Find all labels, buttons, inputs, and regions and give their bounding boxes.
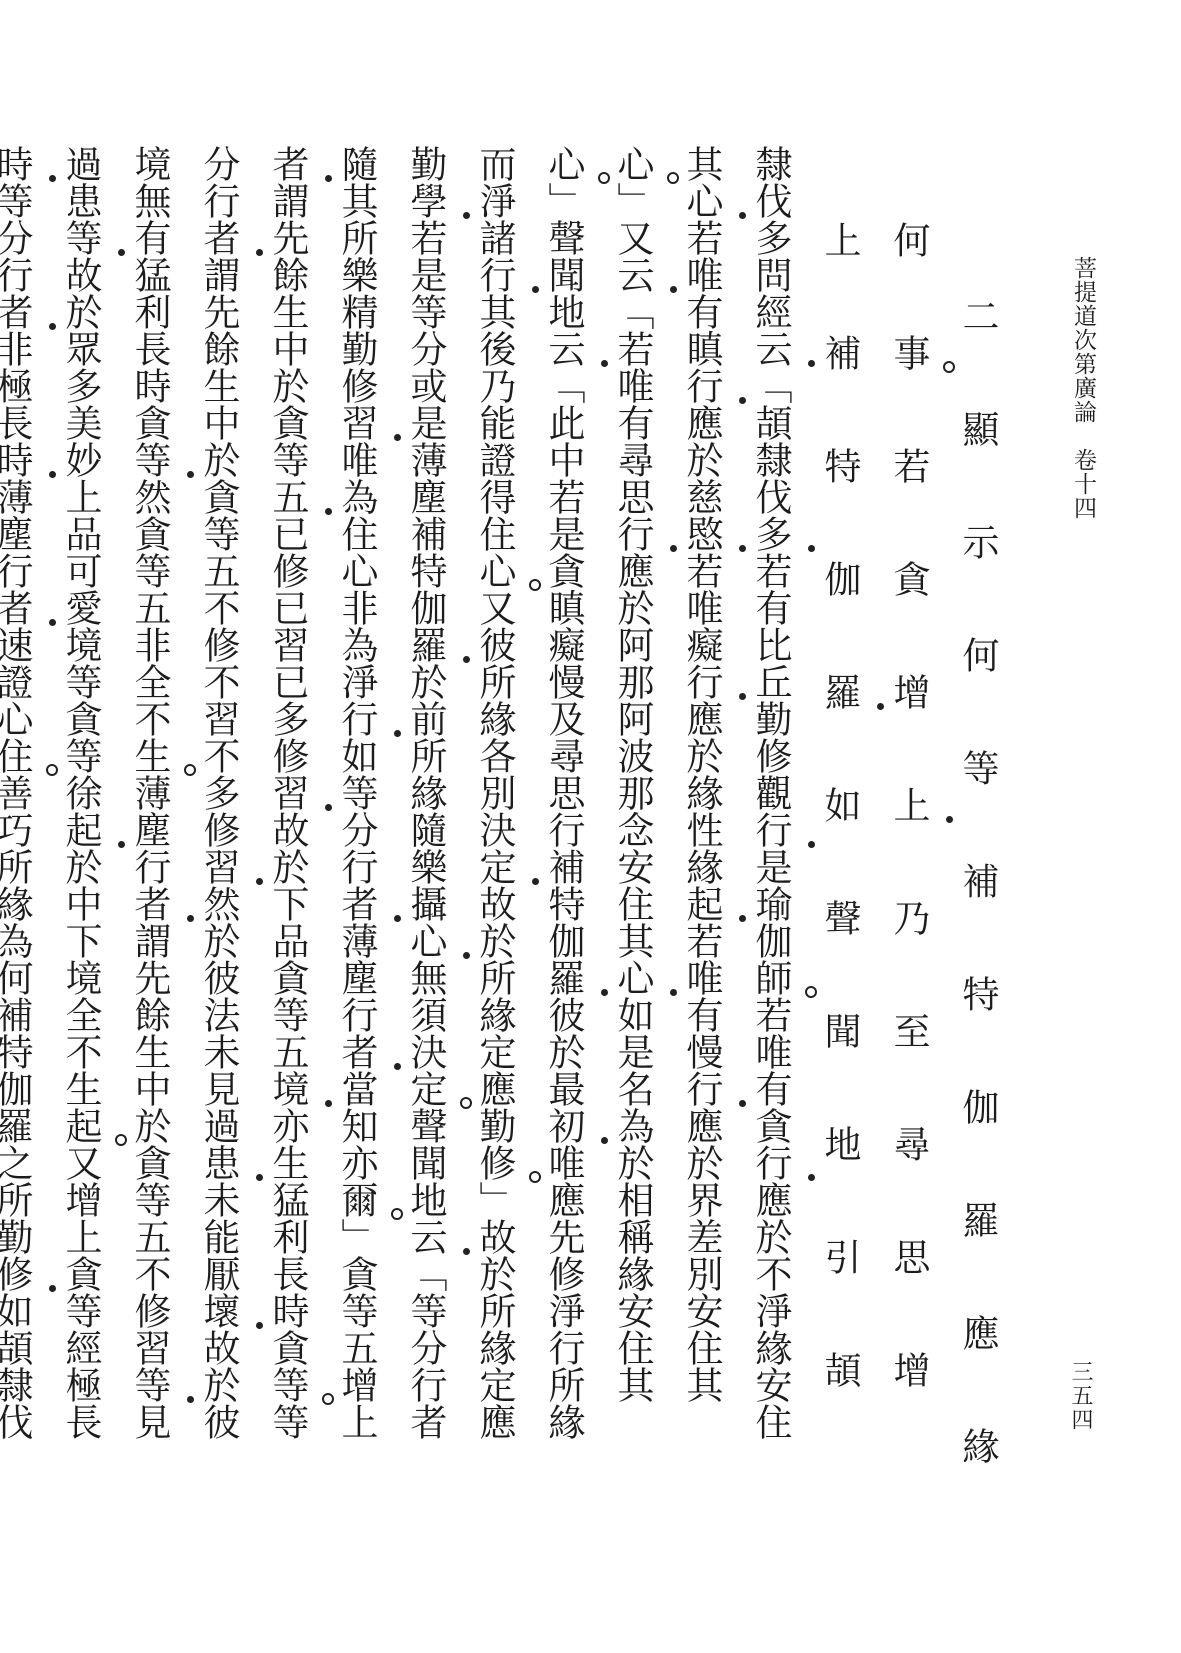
character: 定	[391, 1070, 459, 1107]
character: 云	[391, 1218, 459, 1255]
character: 者	[184, 219, 252, 256]
character: 地	[529, 293, 597, 330]
character: 境	[253, 1070, 321, 1107]
character: 分	[391, 330, 459, 367]
character: 等	[46, 219, 114, 256]
character: 安	[598, 848, 666, 885]
character: 等	[391, 1292, 459, 1329]
character: 緣	[391, 774, 459, 811]
character: 稱	[598, 1218, 666, 1255]
full-stop-mark	[460, 1097, 472, 1109]
character: 修	[529, 1255, 597, 1292]
character: 緣	[0, 885, 45, 922]
character: 等	[46, 663, 114, 700]
character: 「	[529, 367, 597, 404]
character: 於	[184, 441, 252, 478]
character: 行	[667, 367, 735, 404]
character: 時	[253, 1292, 321, 1329]
character: 又	[598, 219, 666, 256]
character: 補	[0, 996, 45, 1033]
character: 隨	[322, 145, 390, 182]
character: 患	[184, 1144, 252, 1181]
character: 攝	[391, 885, 459, 922]
character: 極	[46, 1366, 114, 1403]
character: 若	[736, 552, 804, 589]
character: 行	[667, 663, 735, 700]
pause-dot-mark	[670, 286, 677, 293]
character: 乃	[874, 823, 942, 936]
character: 示	[943, 447, 1011, 560]
pause-dot-mark	[670, 989, 677, 996]
pause-dot-mark	[256, 249, 263, 256]
character: 彼	[460, 626, 528, 663]
text-column: 時等分行者非極長時薄塵行者速證心住善巧所緣為何補特伽羅之所勤修如頡隸伐	[0, 145, 45, 1465]
text-column: 者謂先餘生中於貪等五已修已習已多修習故於下品貪等五境亦生猛利長時貪等等	[252, 145, 321, 1465]
character: 可	[46, 552, 114, 589]
character: 學	[391, 182, 459, 219]
character: 云	[598, 256, 666, 293]
character: 貪	[736, 1107, 804, 1144]
character: 應	[598, 552, 666, 589]
character: 貪	[115, 1144, 183, 1181]
character: 瑜	[736, 885, 804, 922]
character: 塵	[115, 811, 183, 848]
pause-dot-mark	[532, 286, 539, 293]
text-column: 境無有猛利長時貪等然貪等五非全不生薄塵行者謂先餘生中於貪等五不修習等見	[114, 145, 183, 1465]
character: 是	[391, 256, 459, 293]
character: 伽	[736, 922, 804, 959]
character: 決	[460, 811, 528, 848]
character: 思	[598, 478, 666, 515]
character: 於	[667, 737, 735, 774]
character: 云	[736, 330, 804, 367]
character: 長	[0, 404, 45, 441]
character: 勤	[460, 1107, 528, 1144]
character: 五	[253, 478, 321, 515]
character: 貪	[46, 1255, 114, 1292]
character: 分	[184, 145, 252, 182]
character: 隸	[736, 441, 804, 478]
character: 於	[46, 848, 114, 885]
character: 等	[184, 515, 252, 552]
text-column: 二顯示何等補特伽羅應緣何事若貪增上乃至尋思增上補特伽羅如聲聞地引頡	[804, 145, 1011, 1465]
character: 特	[805, 371, 873, 484]
character: 多	[736, 515, 804, 552]
character: 其	[667, 1366, 735, 1403]
character: 然	[184, 885, 252, 922]
character: 」	[322, 1218, 390, 1255]
character: 於	[253, 848, 321, 885]
character: 於	[460, 922, 528, 959]
character: 等	[253, 441, 321, 478]
character: 生	[184, 367, 252, 404]
character: 又	[460, 589, 528, 626]
character: 謂	[253, 182, 321, 219]
character: 厭	[184, 1255, 252, 1292]
full-stop-mark	[391, 1208, 403, 1220]
character: 行	[0, 552, 45, 589]
pause-dot-mark	[394, 730, 401, 737]
character: 住	[0, 737, 45, 774]
character: 所	[322, 219, 390, 256]
character: 利	[115, 293, 183, 330]
character: 伐	[736, 478, 804, 515]
pause-dot-mark	[463, 212, 470, 219]
character: 境	[46, 626, 114, 663]
character: 緣	[598, 1255, 666, 1292]
pause-dot-mark	[739, 212, 746, 219]
character: 安	[667, 1292, 735, 1329]
character: 薄	[391, 441, 459, 478]
pause-dot-mark	[808, 545, 815, 552]
full-stop-mark	[598, 172, 610, 184]
character: 唯	[667, 959, 735, 996]
character: 知	[322, 1107, 390, 1144]
character: 行	[115, 848, 183, 885]
character: 羅	[391, 626, 459, 663]
character: 故	[46, 256, 114, 293]
character: 等	[322, 1292, 390, 1329]
character: 事	[874, 258, 942, 371]
character: 顯	[943, 334, 1011, 447]
pause-dot-mark	[325, 508, 332, 515]
character: 其	[598, 1366, 666, 1403]
character: 爾	[322, 1181, 390, 1218]
character: 頡	[0, 1329, 45, 1366]
character: 住	[322, 515, 390, 552]
character: 餘	[253, 256, 321, 293]
character: 五	[115, 1218, 183, 1255]
character: 伐	[0, 1403, 45, 1440]
character: 者	[0, 293, 45, 330]
text-column: 過患等故於眾多美妙上品可愛境等貪等徐起於中下境全不生起又增上貪等經極長	[45, 145, 114, 1465]
character: 分	[322, 811, 390, 848]
full-stop-mark	[529, 579, 541, 591]
character: 心	[391, 922, 459, 959]
character: 習	[184, 848, 252, 885]
character: 中	[46, 885, 114, 922]
character: 境	[46, 959, 114, 996]
pause-dot-mark	[118, 249, 125, 256]
character: 於	[667, 1144, 735, 1181]
character: 聞	[391, 1144, 459, 1181]
pause-dot-mark	[739, 397, 746, 404]
character: 尋	[598, 441, 666, 478]
character: 住	[667, 1329, 735, 1366]
pause-dot-mark	[463, 656, 470, 663]
character: 隸	[736, 145, 804, 182]
character: 勤	[736, 700, 804, 737]
character: 唯	[667, 589, 735, 626]
text-column: 隸伐多問經云「頡隸伐多若有比丘勤修觀行是瑜伽師若唯有貪行應於不淨緣安住	[735, 145, 804, 1465]
character: 師	[736, 959, 804, 996]
character: 長	[46, 1403, 114, 1440]
pause-dot-mark	[463, 1248, 470, 1255]
full-stop-mark	[115, 1134, 127, 1146]
character: 唯	[736, 1033, 804, 1070]
character: 故	[460, 885, 528, 922]
pause-dot-mark	[118, 841, 125, 848]
pause-dot-mark	[256, 1322, 263, 1329]
pause-dot-mark	[808, 841, 815, 848]
character: 貪	[184, 478, 252, 515]
character: 已	[253, 515, 321, 552]
character: 所	[0, 1181, 45, 1218]
character: 時	[0, 145, 45, 182]
character: 巧	[0, 811, 45, 848]
text-column: 其心若唯有瞋行應於慈愍若唯癡行應於緣性緣起若唯有慢行應於界差別安住其	[666, 145, 735, 1465]
character: 何	[943, 560, 1011, 673]
character: 習	[322, 404, 390, 441]
character: 若	[598, 330, 666, 367]
character: 者	[391, 1403, 459, 1440]
character: 聲	[529, 219, 597, 256]
character: 習	[115, 1329, 183, 1366]
character: 地	[805, 1049, 873, 1162]
character: 若	[391, 219, 459, 256]
character: 故	[460, 1218, 528, 1255]
character: 修	[115, 1292, 183, 1329]
character: 丘	[736, 663, 804, 700]
pause-dot-mark	[325, 175, 332, 182]
character: 緣	[460, 700, 528, 737]
character: 前	[391, 700, 459, 737]
character: 應	[736, 1181, 804, 1218]
character: 是	[598, 1033, 666, 1070]
character: 不	[46, 1033, 114, 1070]
text-column: 勤學若是等分或是薄塵補特伽羅於前所緣隨樂攝心無須決定聲聞地云「等分行者	[390, 145, 459, 1465]
character: 增	[874, 1275, 942, 1388]
character: 慢	[529, 663, 597, 700]
character: 五	[322, 1329, 390, 1366]
pause-dot-mark	[601, 989, 608, 996]
text-column: 而淨諸行其後乃能證得住心又彼所緣各別決定故於所緣定應勤修」故於所緣定應	[459, 145, 528, 1465]
character: 增	[46, 1181, 114, 1218]
character: 不	[115, 1255, 183, 1292]
pause-dot-mark	[187, 1396, 194, 1403]
character: 上	[805, 145, 873, 258]
character: 上	[46, 478, 114, 515]
character: 非	[115, 626, 183, 663]
character: 於	[598, 589, 666, 626]
character: 為	[322, 478, 390, 515]
character: 最	[529, 1070, 597, 1107]
character: 等	[253, 1366, 321, 1403]
character: 上	[874, 710, 942, 823]
character: 當	[322, 1070, 390, 1107]
character: 住	[598, 885, 666, 922]
character: 特	[943, 899, 1011, 1012]
character: 若	[667, 219, 735, 256]
character: 不	[115, 700, 183, 737]
character: 非	[322, 589, 390, 626]
character: 猛	[115, 256, 183, 293]
character: 勤	[322, 330, 390, 367]
character: 無	[115, 182, 183, 219]
character: 須	[391, 996, 459, 1033]
character: 別	[460, 774, 528, 811]
character: 羅	[0, 1107, 45, 1144]
character: 聲	[805, 823, 873, 936]
character: 至	[874, 936, 942, 1049]
character: 於	[736, 1218, 804, 1255]
character: 能	[184, 1218, 252, 1255]
character: 下	[46, 922, 114, 959]
character: 思	[874, 1162, 942, 1275]
character: 伽	[0, 1070, 45, 1107]
character: 心	[598, 959, 666, 996]
character: 全	[46, 996, 114, 1033]
character: 故	[253, 811, 321, 848]
character: 塵	[391, 478, 459, 515]
pause-dot-mark	[463, 952, 470, 959]
character: 而	[460, 145, 528, 182]
full-stop-mark	[184, 764, 196, 776]
character: 波	[598, 737, 666, 774]
character: 等	[115, 1181, 183, 1218]
character: 貪	[115, 515, 183, 552]
character: 過	[184, 1107, 252, 1144]
character: 愛	[46, 589, 114, 626]
character: 心	[322, 552, 390, 589]
character: 五	[253, 1033, 321, 1070]
character: 」	[529, 182, 597, 219]
character: 癡	[529, 626, 597, 663]
character: 全	[115, 663, 183, 700]
character: 多	[184, 774, 252, 811]
character: 品	[46, 515, 114, 552]
character: 如	[0, 1292, 45, 1329]
character: 彼	[529, 996, 597, 1033]
character: 者	[0, 589, 45, 626]
character: 頡	[805, 1275, 873, 1388]
book-page: 菩提道次第廣論 卷十四 二顯示何等補特伽羅應緣何事若貪增上乃至尋思增上補特伽羅如…	[0, 0, 1181, 1653]
character: 薄	[322, 922, 390, 959]
character: 補	[529, 848, 597, 885]
character: 若	[874, 371, 942, 484]
character: 觀	[736, 774, 804, 811]
character: 應	[667, 1107, 735, 1144]
character: 先	[184, 293, 252, 330]
character: 已	[253, 663, 321, 700]
character: 修	[0, 1255, 45, 1292]
character: 妙	[46, 441, 114, 478]
character: 思	[529, 774, 597, 811]
character: 薄	[115, 774, 183, 811]
character: 羅	[529, 959, 597, 996]
character: 五	[115, 589, 183, 626]
character: 尋	[874, 1049, 942, 1162]
character: 先	[115, 959, 183, 996]
character: 隸	[0, 1366, 45, 1403]
pause-dot-mark	[256, 878, 263, 885]
character: 」	[598, 182, 666, 219]
character: 不	[184, 589, 252, 626]
character: 等	[46, 1292, 114, 1329]
character: 特	[0, 1033, 45, 1070]
pause-dot-mark	[877, 703, 884, 710]
character: 見	[184, 1070, 252, 1107]
character: 行	[184, 182, 252, 219]
character: 謂	[184, 256, 252, 293]
character: 餘	[184, 330, 252, 367]
character: 行	[736, 811, 804, 848]
character: 行	[391, 1366, 459, 1403]
pause-dot-mark	[49, 471, 56, 478]
character: 唯	[667, 256, 735, 293]
full-stop-mark	[46, 764, 58, 776]
character: 者	[253, 145, 321, 182]
character: 緣	[667, 774, 735, 811]
character: 安	[598, 1292, 666, 1329]
character: 境	[115, 145, 183, 182]
character: 羅	[805, 597, 873, 710]
character: 貪	[874, 484, 942, 597]
character: 增	[874, 597, 942, 710]
character: 能	[460, 404, 528, 441]
character: 經	[46, 1329, 114, 1366]
character: 云	[529, 330, 597, 367]
character: 如	[598, 996, 666, 1033]
character: 時	[0, 441, 45, 478]
character: 等	[253, 1403, 321, 1440]
character: 修	[184, 811, 252, 848]
character: 中	[253, 330, 321, 367]
character: 是	[529, 515, 597, 552]
character: 於	[46, 293, 114, 330]
character: 伽	[943, 1012, 1011, 1125]
pause-dot-mark	[49, 175, 56, 182]
character: 者	[322, 1033, 390, 1070]
pause-dot-mark	[394, 434, 401, 441]
character: 安	[736, 1366, 804, 1403]
character: 定	[460, 1366, 528, 1403]
character: 定	[460, 1033, 528, 1070]
pause-dot-mark	[187, 471, 194, 478]
character: 相	[598, 1181, 666, 1218]
character: 美	[46, 404, 114, 441]
character: 亦	[322, 1144, 390, 1181]
character: 應	[667, 700, 735, 737]
character: 淨	[322, 663, 390, 700]
character: 差	[667, 1218, 735, 1255]
character: 瞋	[667, 330, 735, 367]
character: 有	[115, 219, 183, 256]
character: 修	[253, 737, 321, 774]
character: 緣	[460, 996, 528, 1033]
character: 起	[667, 885, 735, 922]
pause-dot-mark	[601, 1137, 608, 1144]
character: 定	[460, 848, 528, 885]
character: 住	[460, 515, 528, 552]
character: 法	[184, 996, 252, 1033]
character: 緣	[736, 1329, 804, 1366]
pause-dot-mark	[739, 693, 746, 700]
character: 何	[0, 959, 45, 996]
character: 念	[598, 811, 666, 848]
character: 有	[736, 589, 804, 626]
full-stop-mark	[667, 172, 679, 184]
character: 行	[322, 996, 390, 1033]
pause-dot-mark	[739, 545, 746, 552]
character: 名	[598, 1070, 666, 1107]
pause-dot-mark	[394, 915, 401, 922]
character: 補	[391, 515, 459, 552]
character: 尋	[529, 737, 597, 774]
character: 先	[253, 219, 321, 256]
character: 淨	[460, 182, 528, 219]
character: 性	[667, 811, 735, 848]
